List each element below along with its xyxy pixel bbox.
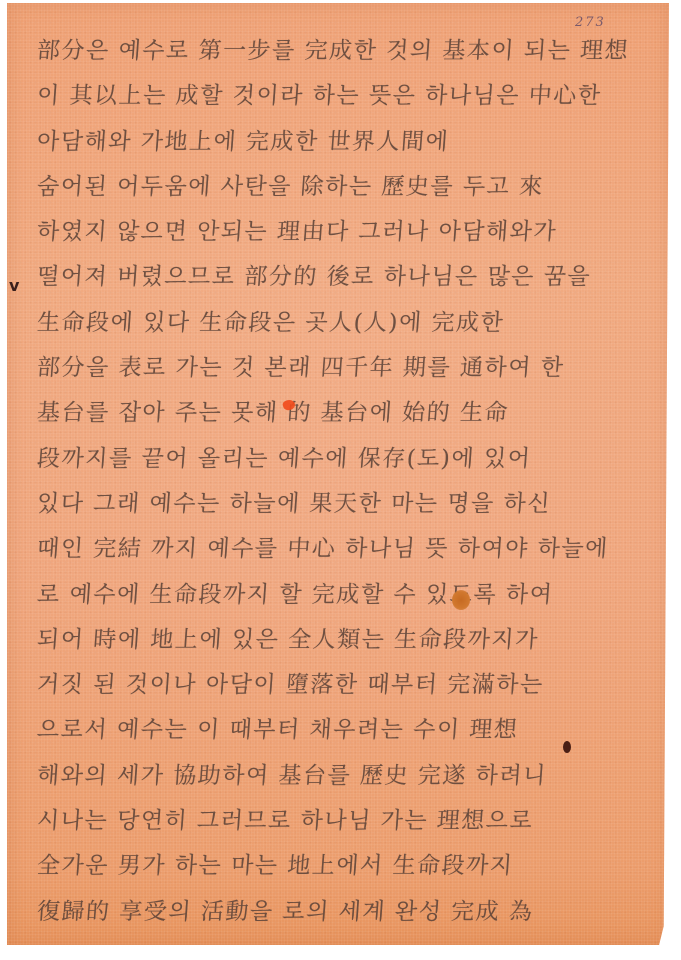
text-line-15: 거짓 된 것이나 아담이 墮落한 때부터 完滿하는 bbox=[35, 663, 678, 708]
text-line-5: 하였지 않으면 안되는 理由다 그러나 아담해와가 bbox=[35, 210, 678, 255]
text-line-18: 시나는 당연히 그러므로 하나님 가는 理想으로 bbox=[35, 799, 678, 844]
dark-ink-blot bbox=[563, 741, 571, 753]
text-line-8: 部分을 表로 가는 것 본래 四千年 期를 通하여 한 bbox=[35, 346, 678, 391]
text-line-11: 있다 그래 예수는 하늘에 果天한 마는 명을 하신 bbox=[35, 482, 678, 527]
text-line-17: 해와의 세가 協助하여 基台를 歷史 完遂 하려니 bbox=[35, 754, 678, 799]
text-line-2: 이 其以上는 成할 것이라 하는 뜻은 하나님은 中心한 bbox=[35, 74, 678, 119]
manuscript-page: 273 部分은 예수로 第一步를 完成한 것의 基本이 되는 理想 이 其以上는… bbox=[7, 3, 669, 945]
text-line-7: 生命段에 있다 生命段은 곳人(人)에 完成한 bbox=[35, 301, 678, 346]
text-line-10: 段까지를 끝어 올리는 예수에 保存(도)에 있어 bbox=[35, 437, 678, 482]
text-line-9: 基台를 잡아 주는 못해 的 基台에 始的 生命 bbox=[35, 391, 678, 436]
text-line-1: 部分은 예수로 第一步를 完成한 것의 基本이 되는 理想 bbox=[35, 29, 678, 74]
text-line-16: 으로서 예수는 이 때부터 채우려는 수이 理想 bbox=[35, 708, 678, 753]
margin-check-mark: v bbox=[9, 276, 19, 295]
page-number: 273 bbox=[575, 15, 606, 30]
text-line-14: 되어 時에 地上에 있은 全人類는 生命段까지가 bbox=[35, 618, 678, 663]
text-line-13: 로 예수에 生命段까지 할 完成할 수 있도록 하여 bbox=[35, 573, 678, 618]
handwritten-text-body: 部分은 예수로 第一步를 完成한 것의 基本이 되는 理想 이 其以上는 成할 … bbox=[37, 29, 677, 935]
text-line-4: 숨어된 어두움에 사탄을 除하는 歷史를 두고 來 bbox=[35, 165, 678, 210]
scan-canvas: 273 部分은 예수로 第一步를 完成한 것의 基本이 되는 理想 이 其以上는… bbox=[0, 0, 681, 960]
brown-stain bbox=[452, 590, 470, 610]
text-line-19: 全가운 男가 하는 마는 地上에서 生命段까지 bbox=[35, 844, 678, 889]
text-line-20: 復歸的 享受의 活動을 로의 세계 완성 完成 為 bbox=[35, 890, 678, 935]
text-line-6: 떨어져 버렸으므로 部分的 後로 하나님은 많은 꿈을 bbox=[35, 255, 678, 300]
text-line-3: 아담해와 가地上에 完成한 世界人間에 bbox=[35, 120, 678, 165]
text-line-12: 때인 完結 까지 예수를 中心 하나님 뜻 하여야 하늘에 bbox=[35, 527, 678, 572]
